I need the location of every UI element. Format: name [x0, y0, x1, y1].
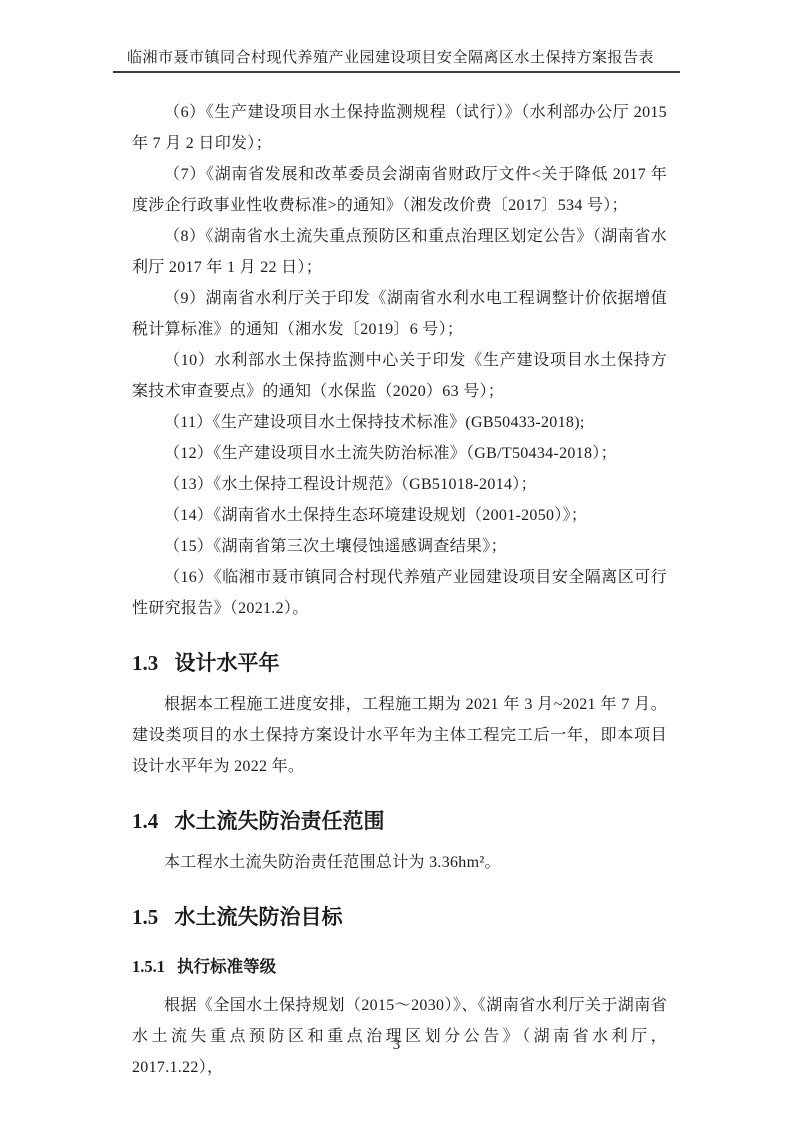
section-heading-1-4: 1.4 水土流失防治责任范围 — [132, 808, 667, 834]
reference-item-9: （9）湖南省水利厅关于印发《湖南省水利水电工程调整计价依据增值税计算标准》的通知… — [132, 283, 667, 345]
section-title: 水土流失防治责任范围 — [175, 809, 385, 833]
section-number: 1.4 — [132, 809, 158, 833]
reference-item-14: （14）《湖南省水土保持生态环境建设规划（2001-2050）》； — [132, 500, 667, 531]
page-header: 临湘市聂市镇同合村现代养殖产业园建设项目安全隔离区水土保持方案报告表 — [113, 46, 680, 73]
reference-item-10: （10）水利部水土保持监测中心关于印发《生产建设项目水土保持方案技术审查要点》的… — [132, 345, 667, 407]
section-number: 1.5 — [132, 905, 158, 929]
section-heading-1-5: 1.5 水土流失防治目标 — [132, 904, 667, 930]
page-footer: 3 — [0, 1036, 793, 1054]
reference-item-11: （11）《生产建设项目水土保持技术标准》(GB50433-2018); — [132, 407, 667, 438]
reference-item-15: （15）《湖南省第三次土壤侵蚀遥感调查结果》； — [132, 531, 667, 562]
document-page: 临湘市聂市镇同合村现代养殖产业园建设项目安全隔离区水土保持方案报告表 （6）《生… — [0, 0, 793, 1122]
section-title: 设计水平年 — [175, 651, 280, 675]
reference-item-7: （7）《湖南省发展和改革委员会湖南省财政厅文件<关于降低 2017 年度涉企行政… — [132, 159, 667, 221]
section-1-4-paragraph: 本工程水土流失防治责任范围总计为 3.36hm²。 — [132, 847, 667, 878]
section-number: 1.3 — [132, 651, 158, 675]
page-number: 3 — [393, 1037, 401, 1053]
header-title: 临湘市聂市镇同合村现代养殖产业园建设项目安全隔离区水土保持方案报告表 — [127, 46, 680, 67]
reference-item-13: （13）《水土保持工程设计规范》（GB51018-2014）； — [132, 469, 667, 500]
reference-item-12: （12）《生产建设项目水土流失防治标准》（GB/T50434-2018）； — [132, 438, 667, 469]
reference-item-6: （6）《生产建设项目水土保持监测规程（试行）》（水利部办公厅 2015 年 7 … — [132, 97, 667, 159]
section-title: 水土流失防治目标 — [175, 905, 343, 929]
reference-item-8: （8）《湖南省水土流失重点预防区和重点治理区划定公告》（湖南省水利厅 2017 … — [132, 221, 667, 283]
section-heading-1-5-1: 1.5.1 执行标准等级 — [132, 956, 667, 977]
section-number: 1.5.1 — [132, 957, 165, 976]
reference-item-16: （16）《临湘市聂市镇同合村现代养殖产业园建设项目安全隔离区可行性研究报告》（2… — [132, 562, 667, 624]
section-heading-1-3: 1.3 设计水平年 — [132, 650, 667, 676]
section-1-3-paragraph: 根据本工程施工进度安排，工程施工期为 2021 年 3 月~2021 年 7 月… — [132, 689, 667, 782]
section-title: 执行标准等级 — [177, 957, 276, 976]
document-content: （6）《生产建设项目水土保持监测规程（试行）》（水利部办公厅 2015 年 7 … — [132, 97, 667, 1083]
